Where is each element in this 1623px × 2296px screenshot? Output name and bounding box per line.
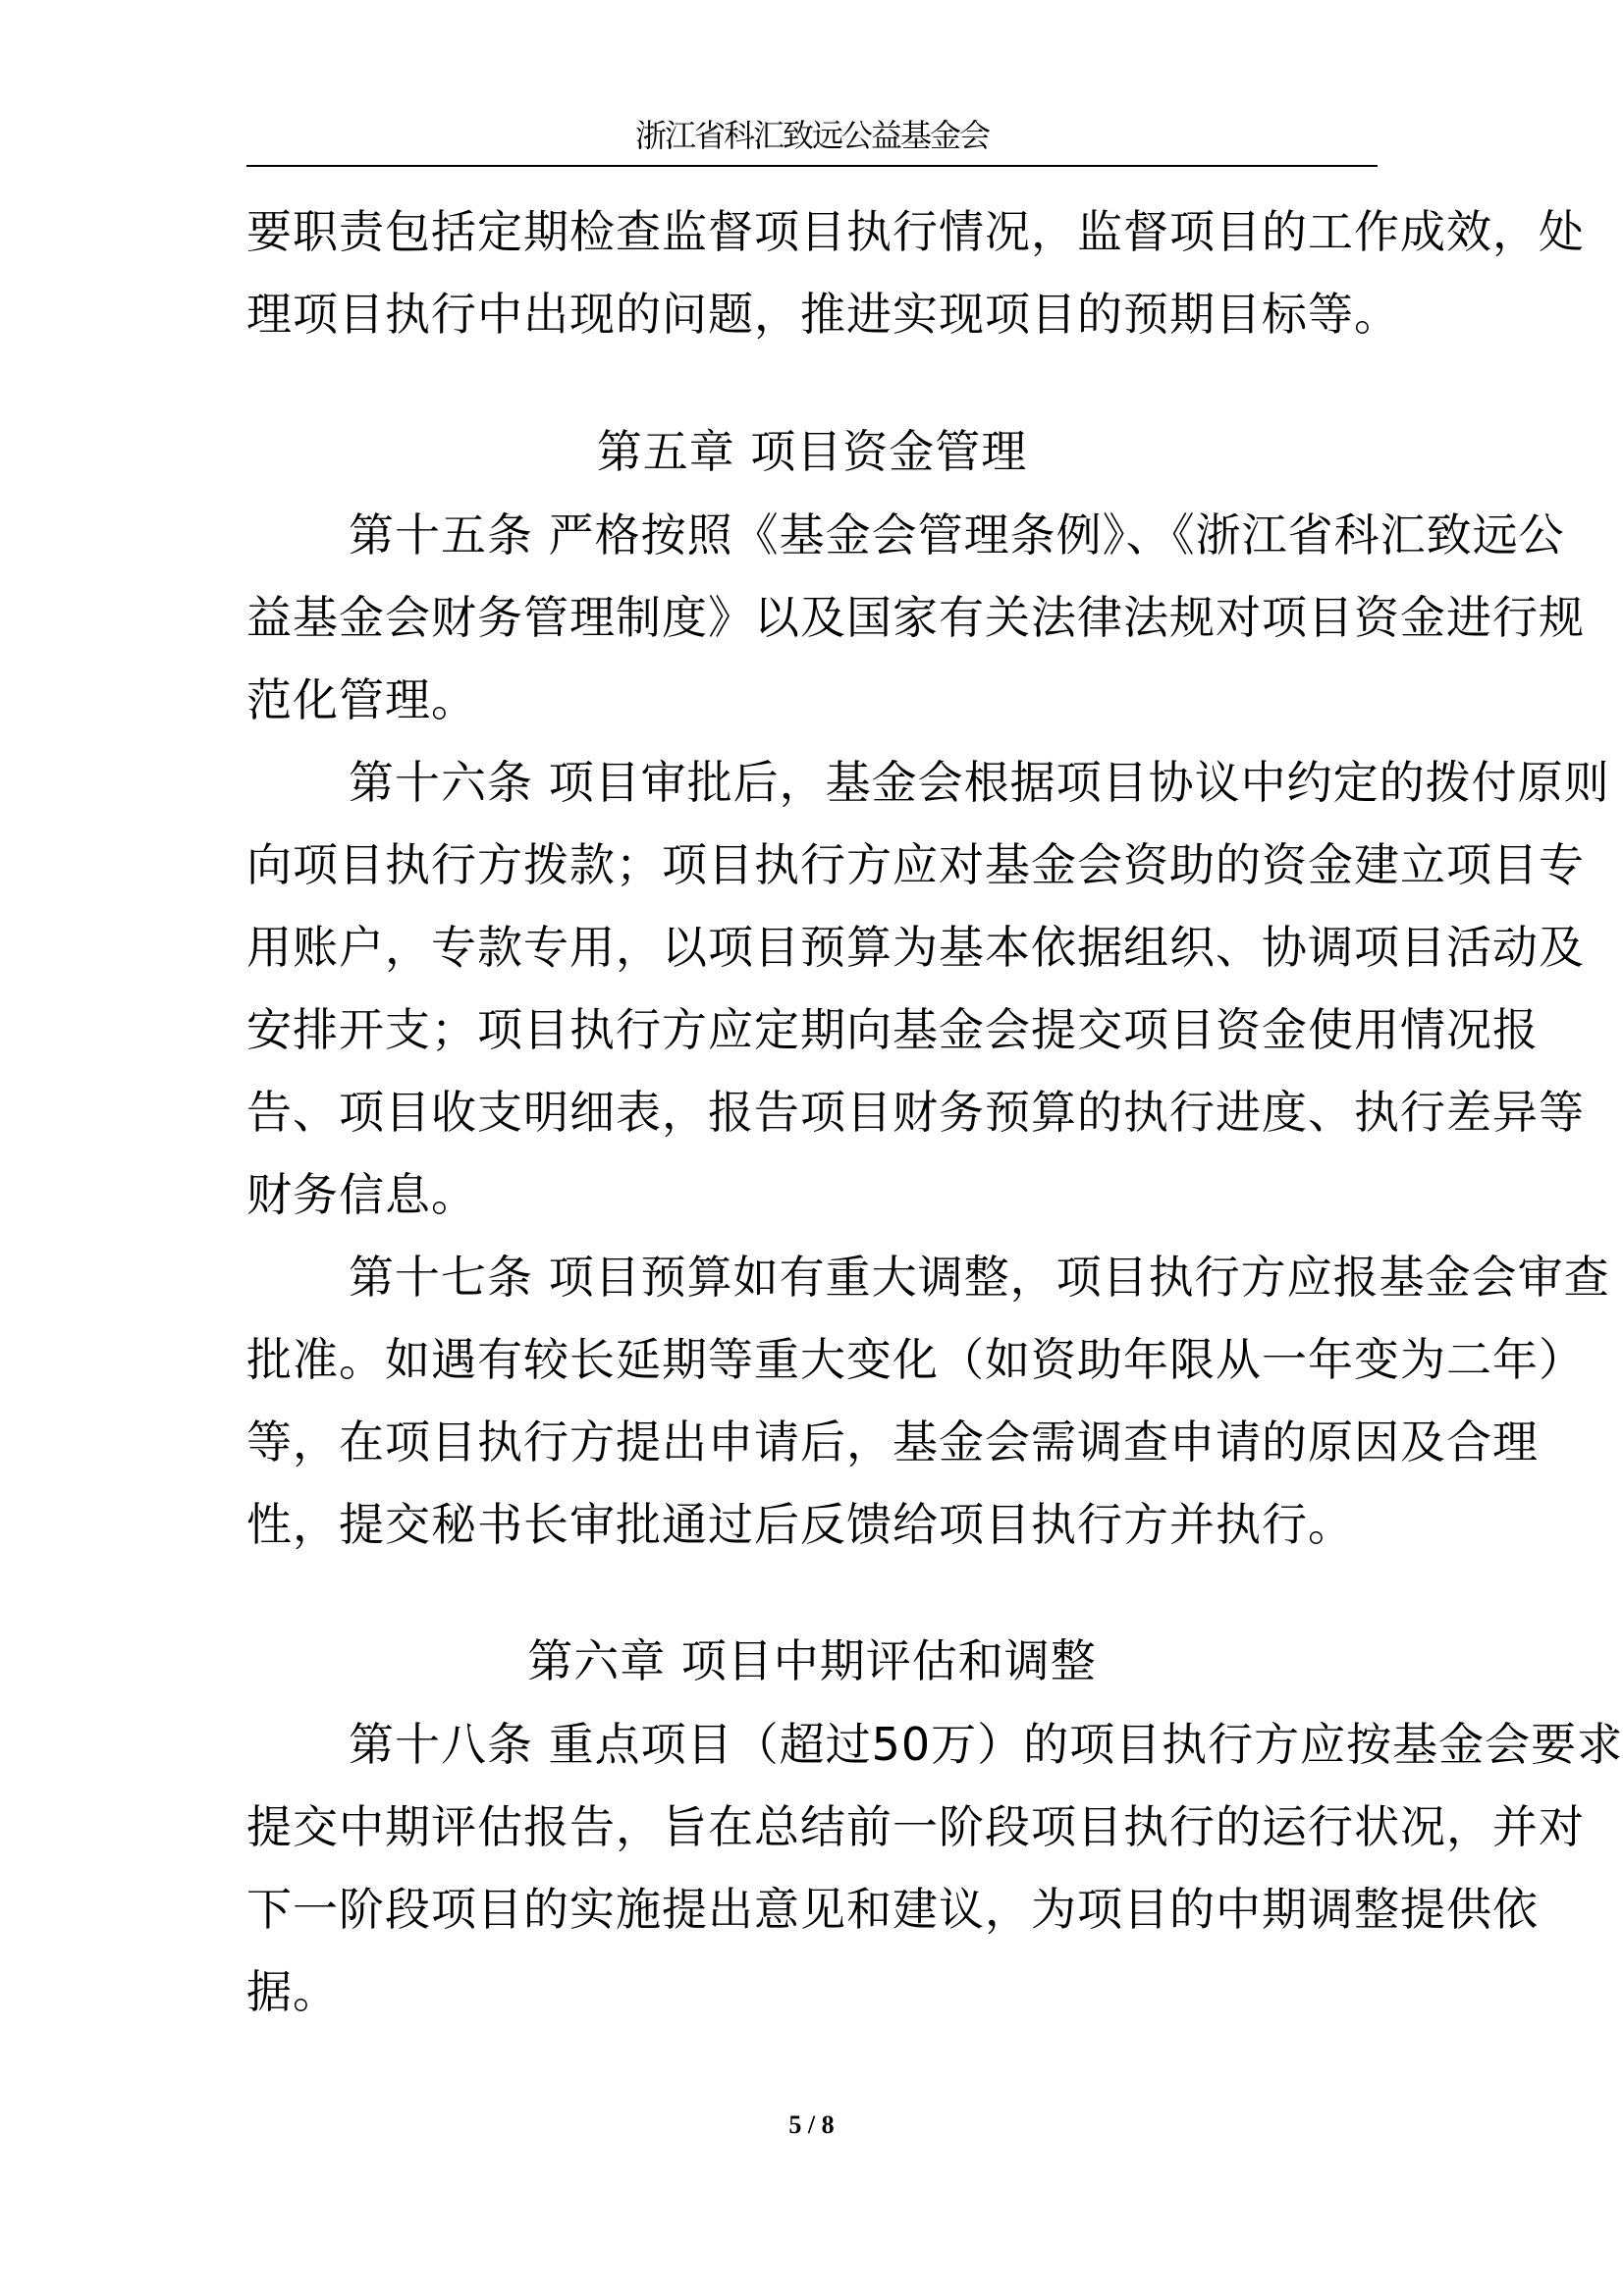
article-16-line: 安排开支；项目执行方应定期向基金会提交项目资金使用情况报: [246, 1002, 1378, 1057]
article-15-line: 范化管理。: [246, 672, 1378, 727]
header-title: 浙江省科汇致远公益基金会: [246, 116, 1378, 155]
page-number: 5 / 8: [0, 2110, 1623, 2140]
paragraph-line: 要职责包括定期检查监督项目执行情况，监督项目的工作成效，处: [246, 204, 1378, 259]
article-16-line: 向项目执行方拨款；项目执行方应对基金会资助的资金建立项目专: [246, 837, 1378, 892]
article-18-line: 提交中期评估报告，旨在总结前一阶段项目执行的运行状况，并对: [246, 1799, 1378, 1854]
article-16-line: 第十六条 项目审批后，基金会根据项目协议中约定的拨付原则: [246, 755, 1378, 810]
header-divider: [246, 165, 1378, 167]
article-17-line: 性，提交秘书长审批通过后反馈给项目执行方并执行。: [246, 1497, 1378, 1552]
article-18-line: 据。: [246, 1964, 1378, 2019]
article-17-line: 等，在项目执行方提出申请后，基金会需调查申请的原因及合理: [246, 1415, 1378, 1469]
chapter-heading: 第五章 项目资金管理: [246, 424, 1378, 479]
paragraph-line: 理项目执行中出现的问题，推进实现项目的预期目标等。: [246, 287, 1378, 342]
article-15-line: 益基金会财务管理制度》以及国家有关法律法规对项目资金进行规: [246, 590, 1378, 645]
article-18-line: 第十八条 重点项目（超过50万）的项目执行方应按基金会要求: [246, 1717, 1378, 1772]
article-15-line: 第十五条 严格按照《基金会管理条例》、《浙江省科汇致远公: [246, 507, 1378, 562]
article-16-line: 告、项目收支明细表，报告项目财务预算的执行进度、执行差异等: [246, 1085, 1378, 1140]
article-16-line: 用账户，专款专用，以项目预算为基本依据组织、协调项目活动及: [246, 920, 1378, 975]
chapter-heading: 第六章 项目中期评估和调整: [246, 1633, 1378, 1688]
article-16-line: 财务信息。: [246, 1167, 1378, 1222]
article-18-line: 下一阶段项目的实施提出意见和建议，为项目的中期调整提供依: [246, 1882, 1378, 1937]
article-17-line: 批准。如遇有较长延期等重大变化（如资助年限从一年变为二年）: [246, 1332, 1378, 1387]
article-17-line: 第十七条 项目预算如有重大调整，项目执行方应报基金会审查: [246, 1250, 1378, 1305]
